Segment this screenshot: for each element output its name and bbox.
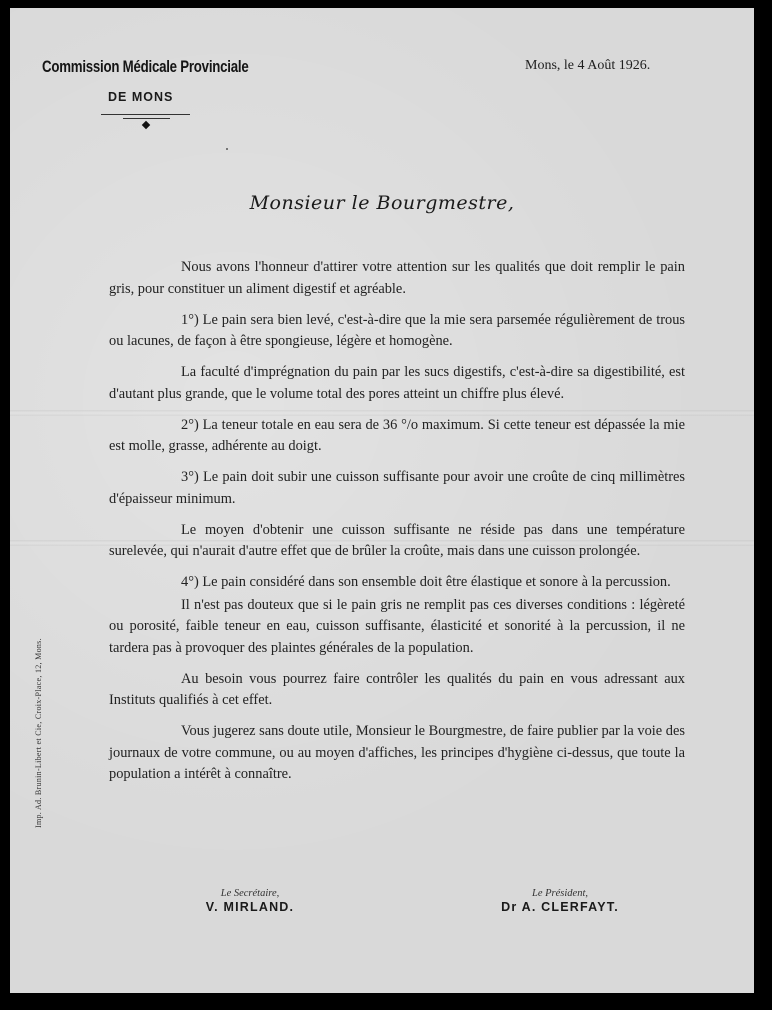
letter-date: Mons, le 4 Août 1926. xyxy=(525,58,650,74)
paragraph-publication: Vous jugerez sans doute utile, Monsieur … xyxy=(109,721,685,786)
printer-imprint: Imp. Ad. Brunin-Libert et Cie, Croix-Pla… xyxy=(34,638,43,828)
signature-role: Le Secrétaire, xyxy=(195,888,305,899)
diamond-ornament-icon xyxy=(142,121,150,129)
paragraph-cooking: Le moyen d'obtenir une cuisson suffisant… xyxy=(109,520,685,563)
paragraph-point-3: 3°) Le pain doit subir une cuisson suffi… xyxy=(109,467,685,510)
signature-name: Dr A. CLERFAYT. xyxy=(485,900,635,914)
salutation: Monsieur le Bourgmestre, xyxy=(10,192,754,214)
letterhead-rule-short xyxy=(123,118,170,119)
paper-speck xyxy=(226,148,228,150)
letter-body: Nous avons l'honneur d'attirer votre att… xyxy=(109,257,685,795)
letterhead-rule xyxy=(101,114,190,115)
paragraph-point-2: 2°) La teneur totale en eau sera de 36 °… xyxy=(109,415,685,458)
letterhead-city: DE MONS xyxy=(108,90,173,104)
letter-page: Commission Médicale Provinciale DE MONS … xyxy=(10,8,754,993)
paragraph-digestibility: La faculté d'imprégnation du pain par le… xyxy=(109,362,685,405)
paragraph-institutes: Au besoin vous pourrez faire contrôler l… xyxy=(109,669,685,712)
signature-secretary: Le Secrétaire, V. MIRLAND. xyxy=(195,888,305,914)
paragraph-point-1: 1°) Le pain sera bien levé, c'est-à-dire… xyxy=(109,310,685,353)
paragraph-conditions: Il n'est pas douteux que si le pain gris… xyxy=(109,595,685,660)
signature-president: Le Président, Dr A. CLERFAYT. xyxy=(485,888,635,914)
signature-role: Le Président, xyxy=(485,888,635,899)
signature-name: V. MIRLAND. xyxy=(195,900,305,914)
letterhead-organization: Commission Médicale Provinciale xyxy=(42,57,248,77)
paragraph-intro: Nous avons l'honneur d'attirer votre att… xyxy=(109,257,685,300)
paragraph-point-4: 4°) Le pain considéré dans son ensemble … xyxy=(109,572,685,594)
